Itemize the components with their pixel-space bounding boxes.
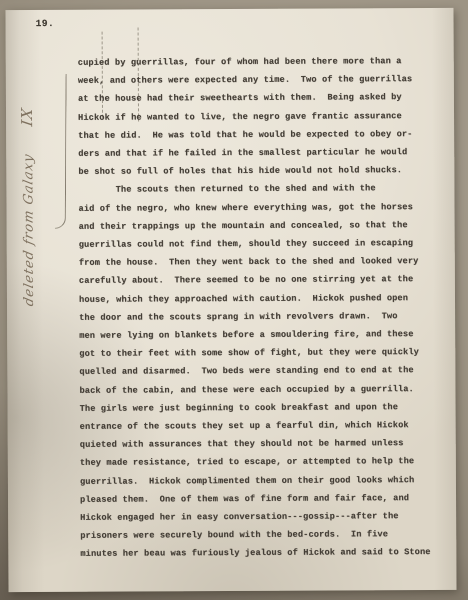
typed-line: Hickok engaged her in easy conversation-… xyxy=(80,507,440,527)
typed-line: back of the cabin, and these were each o… xyxy=(79,380,439,400)
typed-line: from the house. Then they went back to t… xyxy=(79,252,439,272)
typed-line: week, and others were expected any time.… xyxy=(78,70,438,90)
typed-line: that he did. He was told that he would b… xyxy=(78,125,438,145)
typed-line: men were lying on blankets before a smou… xyxy=(79,325,439,345)
typed-line: aid of the negro, who knew where everyth… xyxy=(78,198,438,218)
typed-line: at the house had their sweethearts with … xyxy=(78,88,438,108)
typed-text-block: cupied by guerrillas, four of whom had b… xyxy=(78,52,441,564)
typed-line: and their trappings up the mountain and … xyxy=(79,216,439,236)
typed-line: the door and the scouts sprang in with r… xyxy=(79,307,439,327)
manuscript-page: 19. deleted from GalaxyIX cupied by guer… xyxy=(5,8,456,592)
typed-line: The scouts then returned to the shed and… xyxy=(78,179,438,199)
typed-line: The girls were just beginning to cook br… xyxy=(80,398,440,418)
typed-line: cupied by guerrillas, four of whom had b… xyxy=(78,52,438,72)
typed-line: got to their feet with some show of figh… xyxy=(79,343,439,363)
handwritten-margin-note: deleted from GalaxyIX xyxy=(18,56,41,306)
typed-line: guerrillas. Hickok complimented them on … xyxy=(80,471,440,491)
typed-line: entrance of the scouts they set up a fea… xyxy=(80,416,440,436)
typed-line: quieted with assurances that they should… xyxy=(80,434,440,454)
typed-line: prisoners were securely bound with the b… xyxy=(80,525,440,545)
typed-line: pleased them. One of them was of fine fo… xyxy=(80,489,440,509)
typed-line: they made resistance, tried to escape, o… xyxy=(80,452,440,472)
pencil-bracket-mark xyxy=(55,74,67,229)
typed-line: quelled and disarmed. Two beds were stan… xyxy=(79,361,439,381)
typed-line: carefully about. There seemed to be no o… xyxy=(79,270,439,290)
photo-backdrop: { "page": { "number": "19.", "margin_not… xyxy=(0,0,468,600)
margin-note-numeral: IX xyxy=(18,106,36,127)
typed-line: house, which they approached with cautio… xyxy=(79,289,439,309)
margin-note-text: deleted from Galaxy xyxy=(21,152,37,307)
typed-line: be shot so full of holes that his hide w… xyxy=(78,161,438,181)
typed-line: ders and that if he failed in the smalle… xyxy=(78,143,438,163)
typed-line: guerrillas could not find them, should t… xyxy=(79,234,439,254)
typed-line: Hickok if he wanted to live, the negro g… xyxy=(78,107,438,127)
page-number: 19. xyxy=(36,18,55,29)
typed-line: minutes her beau was furiously jealous o… xyxy=(80,543,440,563)
